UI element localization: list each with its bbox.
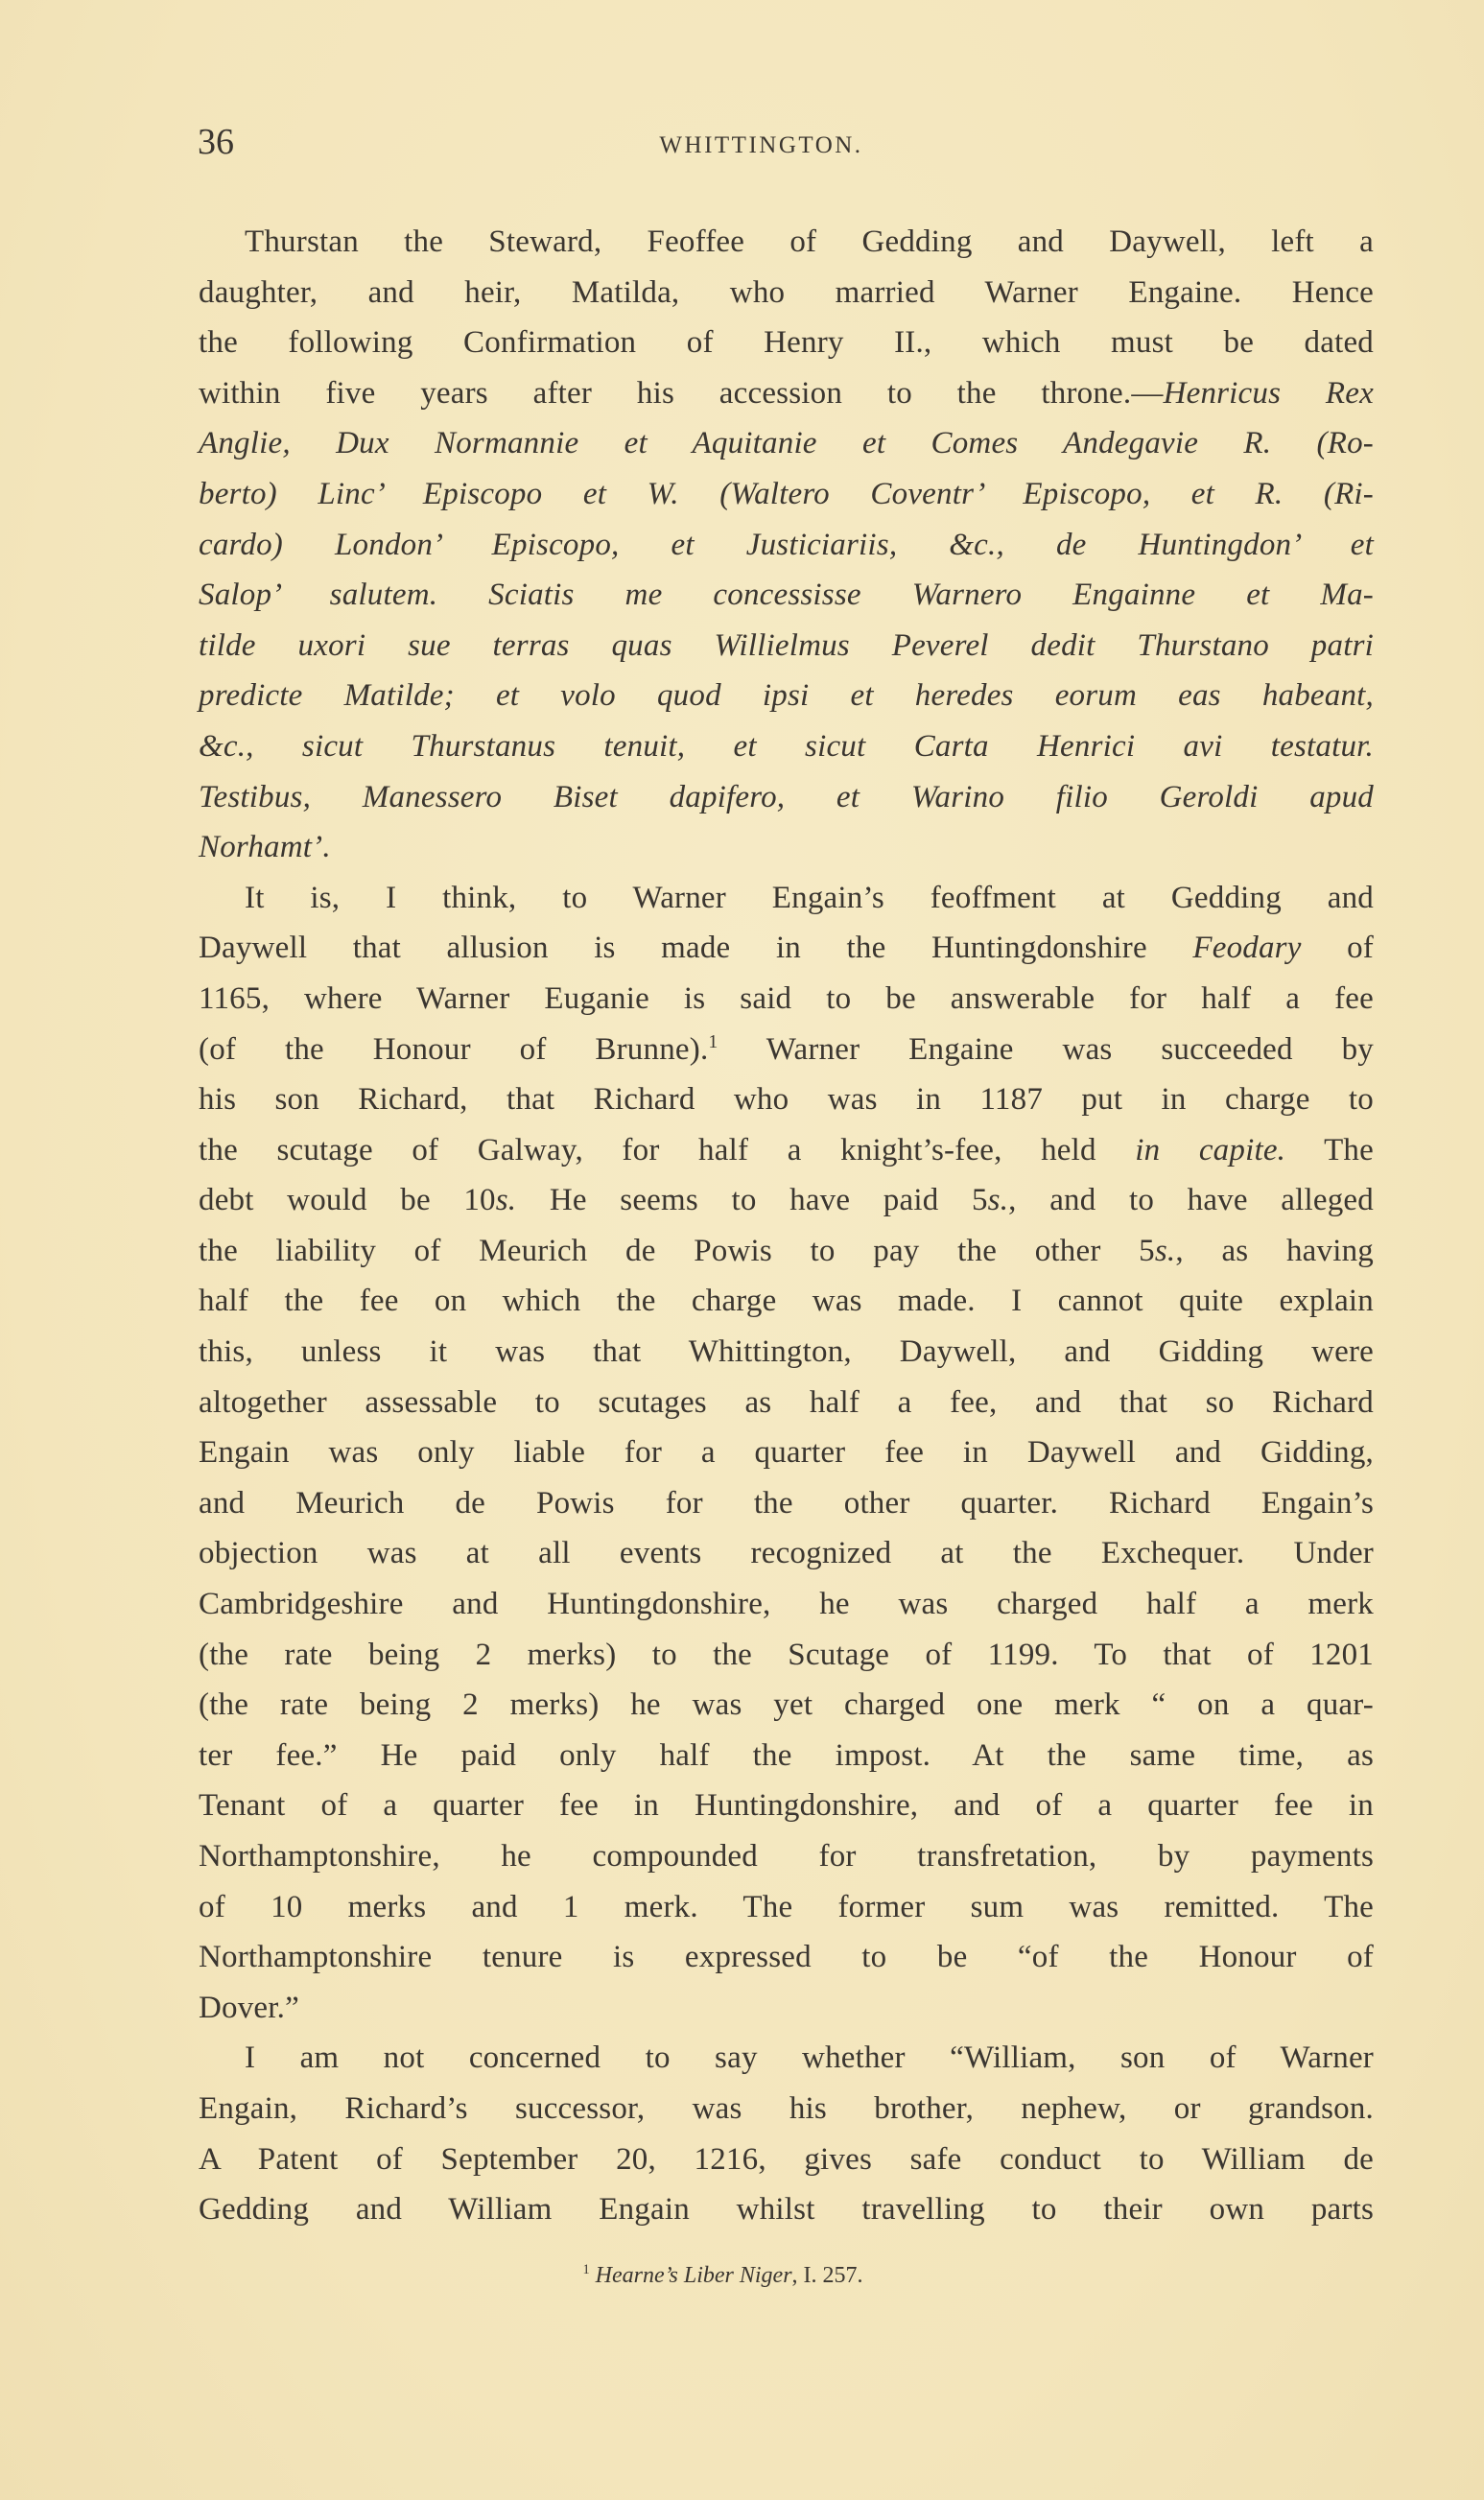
text-line: the following Confirmation of Henry II.,… xyxy=(199,318,1374,368)
text-run: He seems to have paid 5 xyxy=(516,1183,987,1217)
text-run: , and to have alleged xyxy=(1008,1183,1374,1217)
latin-quote: Norhamt’. xyxy=(199,830,331,864)
text-line: altogether assessable to scutages as hal… xyxy=(199,1378,1374,1428)
italic-term: Feodary xyxy=(1192,931,1301,965)
text-line: Gedding and William Engain whilst travel… xyxy=(199,2184,1374,2235)
latin-quote: Testibus, Manessero Biset dapifero, et W… xyxy=(199,780,1374,814)
text-line: and Meurich de Powis for the other quart… xyxy=(199,1478,1374,1529)
text-line: It is, I think, to Warner Engain’s feoff… xyxy=(199,873,1374,924)
italic-term: s. xyxy=(988,1183,1009,1217)
running-head: WHITTINGTON. xyxy=(0,132,1484,159)
latin-quote: predicte Matilde; et volo quod ipsi et h… xyxy=(199,678,1374,713)
latin-quote: cardo) London’ Episcopo, et Justiciariis… xyxy=(199,528,1374,562)
text-line: Northamptonshire tenure is expressed to … xyxy=(199,1932,1374,1983)
text-run: (of the Honour of Brunne). xyxy=(199,1032,708,1067)
text-run: the liability of Meurich de Powis to pay… xyxy=(199,1234,1155,1268)
text-run: The xyxy=(1285,1133,1374,1167)
text-run: of xyxy=(1302,931,1374,965)
latin-quote-line: Testibus, Manessero Biset dapifero, et W… xyxy=(199,772,1374,823)
text-line: ter fee.” He paid only half the impost. … xyxy=(199,1731,1374,1781)
text-line: I am not concerned to say whether “Willi… xyxy=(199,2033,1374,2084)
text-line: Northamptonshire, he compounded for tran… xyxy=(199,1831,1374,1882)
text-line: 1165, where Warner Euganie is said to be… xyxy=(199,974,1374,1025)
italic-term: s. xyxy=(1155,1234,1176,1268)
text-line: objection was at all events recognized a… xyxy=(199,1528,1374,1579)
text-run: , as having xyxy=(1175,1234,1374,1268)
body-text: Thurstan the Steward, Feoffee of Gedding… xyxy=(199,217,1374,2235)
text-run: debt would be 10 xyxy=(199,1183,496,1217)
text-line: A Patent of September 20, 1216, gives sa… xyxy=(199,2134,1374,2185)
latin-quote-line: predicte Matilde; et volo quod ipsi et h… xyxy=(199,671,1374,721)
text-line: the liability of Meurich de Powis to pay… xyxy=(199,1226,1374,1277)
text-line: (the rate being 2 merks) to the Scutage … xyxy=(199,1630,1374,1681)
text-line: Cambridgeshire and Huntingdonshire, he w… xyxy=(199,1579,1374,1630)
text-line: within five years after his accession to… xyxy=(199,368,1374,419)
text-line: the scutage of Galway, for half a knight… xyxy=(199,1125,1374,1176)
latin-quote: Anglie, Dux Normannie et Aquitanie et Co… xyxy=(199,426,1374,460)
text-line: (of the Honour of Brunne).1 Warner Engai… xyxy=(199,1025,1374,1075)
text-line: daughter, and heir, Matilda, who married… xyxy=(199,268,1374,318)
footnote-title: Hearne’s Liber Niger xyxy=(596,2263,792,2288)
latin-quote: berto) Linc’ Episcopo et W. (Waltero Cov… xyxy=(199,477,1374,511)
text-line: debt would be 10s. He seems to have paid… xyxy=(199,1175,1374,1226)
latin-quote: tilde uxori sue terras quas Willielmus P… xyxy=(199,628,1374,663)
text-line: Thurstan the Steward, Feoffee of Gedding… xyxy=(199,217,1374,268)
text-line: Tenant of a quarter fee in Huntingdonshi… xyxy=(199,1781,1374,1831)
italic-term: s. xyxy=(496,1183,517,1217)
text-line: Engain, Richard’s successor, was his bro… xyxy=(199,2084,1374,2134)
text-line: his son Richard, that Richard who was in… xyxy=(199,1074,1374,1125)
text-line: this, unless it was that Whittington, Da… xyxy=(199,1327,1374,1378)
footnote: 1 Hearne’s Liber Niger, I. 257. xyxy=(0,2256,1484,2295)
footnote-citation: , I. 257. xyxy=(792,2263,863,2288)
latin-quote: Salop’ salutem. Sciatis me concessisse W… xyxy=(199,578,1374,612)
text-run: within five years after his accession to… xyxy=(199,376,1164,411)
latin-quote-line: berto) Linc’ Episcopo et W. (Waltero Cov… xyxy=(199,469,1374,520)
text-line: half the fee on which the charge was mad… xyxy=(199,1276,1374,1327)
latin-quote-line: &c., sicut Thurstanus tenuit, et sicut C… xyxy=(199,721,1374,772)
text-run: the scutage of Galway, for half a knight… xyxy=(199,1133,1135,1167)
latin-quote: &c., sicut Thurstanus tenuit, et sicut C… xyxy=(199,729,1374,764)
latin-quote-line: Norhamt’. xyxy=(199,822,1374,873)
text-run: Daywell that allusion is made in the Hun… xyxy=(199,931,1192,965)
latin-quote-line: cardo) London’ Episcopo, et Justiciariis… xyxy=(199,520,1374,571)
latin-quote-line: Salop’ salutem. Sciatis me concessisse W… xyxy=(199,570,1374,621)
text-line: Daywell that allusion is made in the Hun… xyxy=(199,923,1374,974)
text-run: Warner Engaine was succeeded by xyxy=(718,1032,1374,1067)
footnote-reference[interactable]: 1 xyxy=(708,1031,718,1052)
footnote-marker: 1 xyxy=(582,2262,589,2277)
italic-term: in capite. xyxy=(1135,1133,1285,1167)
text-line: (the rate being 2 merks) he was yet char… xyxy=(199,1680,1374,1731)
latin-quote: Henricus Rex xyxy=(1164,376,1374,411)
latin-quote-line: tilde uxori sue terras quas Willielmus P… xyxy=(199,621,1374,672)
text-line: Engain was only liable for a quarter fee… xyxy=(199,1427,1374,1478)
text-line: Dover.” xyxy=(199,1983,1374,2034)
latin-quote-line: Anglie, Dux Normannie et Aquitanie et Co… xyxy=(199,418,1374,469)
text-line: of 10 merks and 1 merk. The former sum w… xyxy=(199,1882,1374,1933)
